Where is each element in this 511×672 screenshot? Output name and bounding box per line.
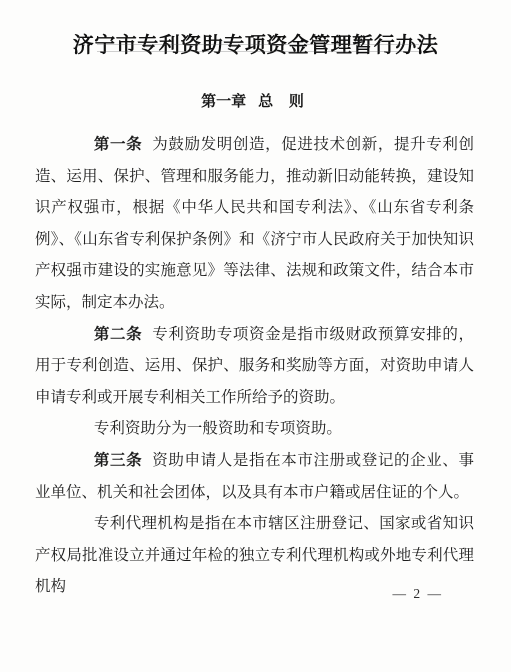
document-body: 第一条为鼓励发明创造，促进技术创新，提升专利创造、运用、保护、管理和服务能力，推… (35, 129, 474, 603)
chapter-heading: 第一章总 则 (0, 93, 511, 111)
article-number-label: 第二条 (94, 326, 142, 343)
scanned-document-page: 济宁市专利资助专项资金管理暂行办法 第一章总 则 第一条为鼓励发明创造，促进技术… (0, 0, 511, 672)
paragraph-text: 专利资助分为一般资助和专项资助。 (94, 420, 342, 437)
paragraph-article-1: 第一条为鼓励发明创造，促进技术创新，提升专利创造、运用、保护、管理和服务能力，推… (35, 129, 474, 319)
article-number-label: 第一条 (94, 136, 142, 153)
chapter-number: 第一章 (201, 94, 246, 110)
paragraph-text: 专利代理机构是指在本市辖区注册登记、国家或省知识产权局批准设立并通过年检的独立专… (35, 515, 474, 595)
paragraph-text: 为鼓励发明创造，促进技术创新，提升专利创造、运用、保护、管理和服务能力，推动新旧… (35, 136, 474, 311)
document-title: 济宁市专利资助专项资金管理暂行办法 (0, 0, 511, 58)
paragraph-article-2: 第二条专利资助专项资金是指市级财政预算安排的，用于专利创造、运用、保护、服务和奖… (35, 319, 474, 414)
chapter-name: 总 则 (258, 94, 310, 110)
page-number: — 2 — (393, 586, 444, 602)
paragraph-sub-clause: 专利资助分为一般资助和专项资助。 (35, 413, 474, 445)
paragraph-article-3: 第三条资助申请人是指在本市注册或登记的企业、事业单位、机关和社会团体，以及具有本… (35, 445, 474, 508)
article-number-label: 第三条 (94, 452, 142, 469)
